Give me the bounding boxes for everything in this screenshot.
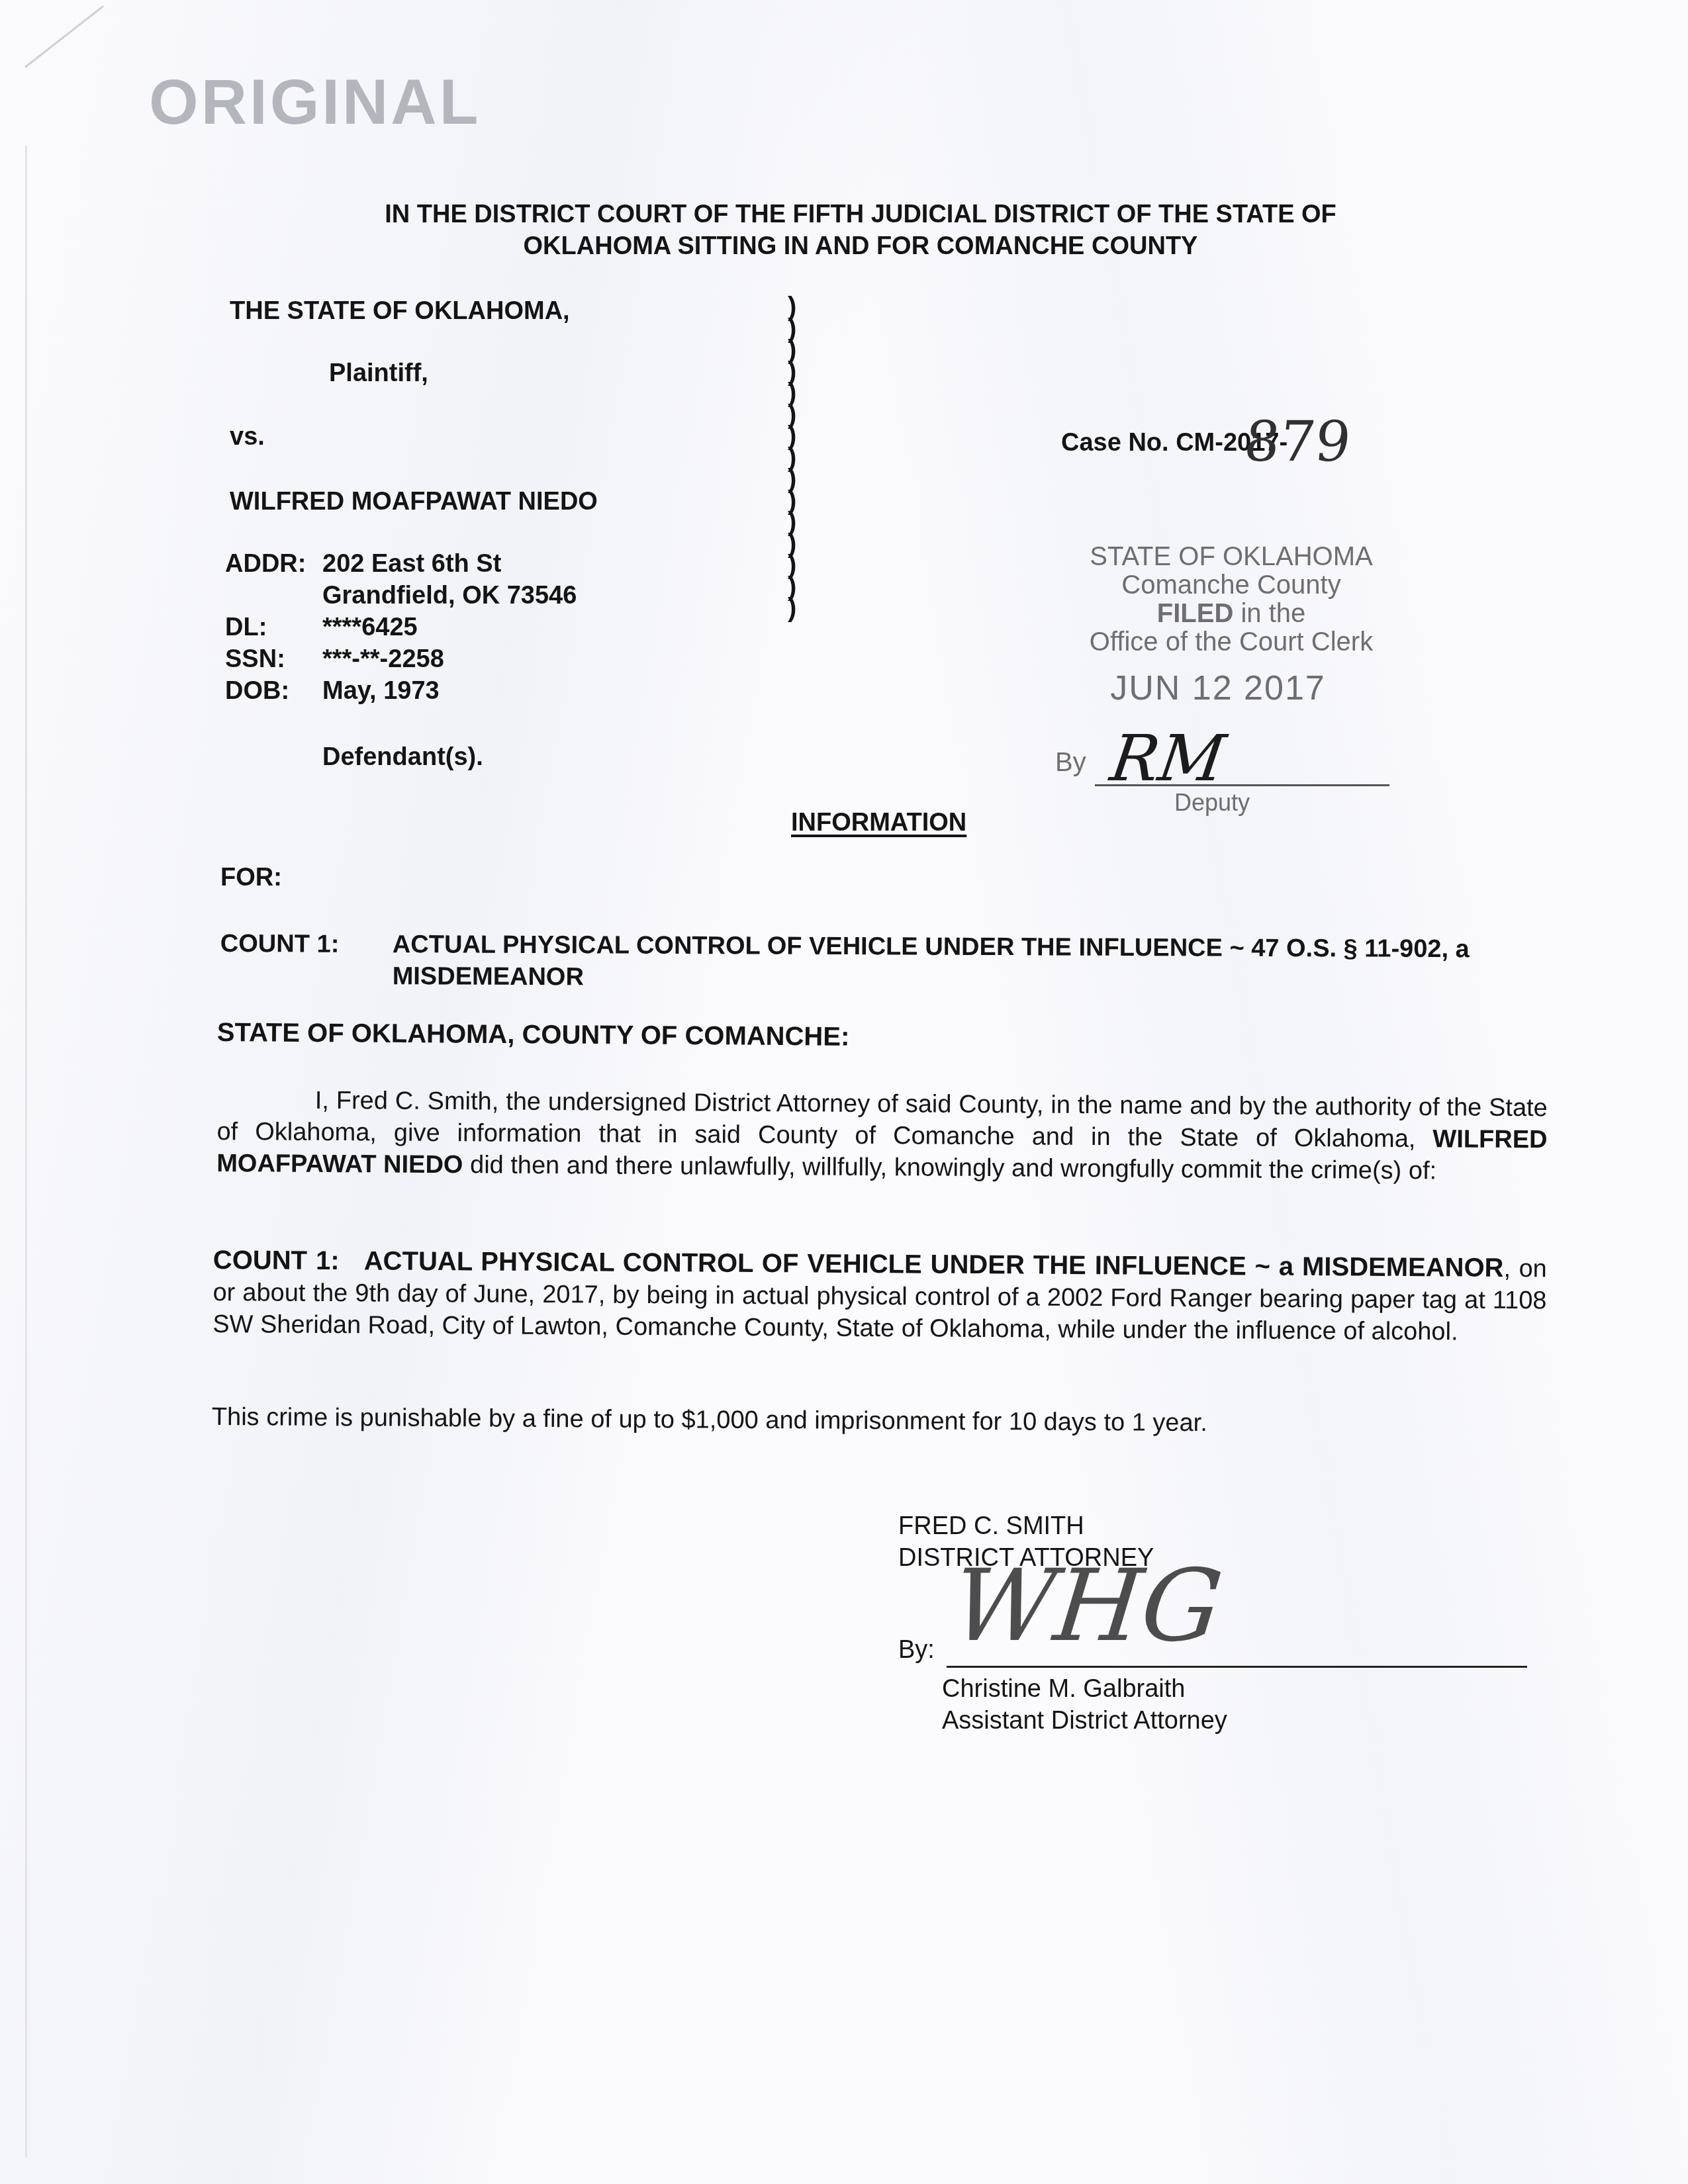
- signature-rule: [947, 1666, 1527, 1668]
- defendant-field-value: 202 East 6th St: [322, 548, 577, 580]
- defendant-field-label: DL:: [225, 612, 322, 643]
- information-paragraph: I, Fred C. Smith, the undersigned Distri…: [216, 1084, 1548, 1187]
- scanned-page: ORIGINAL IN THE DISTRICT COURT OF THE FI…: [0, 0, 1688, 2184]
- defendant-fields: ADDR:202 East 6th StGrandfield, OK 73546…: [225, 548, 577, 707]
- venue: STATE OF OKLAHOMA, COUNTY OF COMANCHE:: [217, 1018, 850, 1052]
- court-caption-line-2: OKLAHOMA SITTING IN AND FOR COMANCHE COU…: [285, 230, 1436, 262]
- filed-stamp-state: STATE OF OKLAHOMA: [1046, 543, 1417, 571]
- count-heading: COUNT 1: ACTUAL PHYSICAL CONTROL OF VEHI…: [220, 928, 1551, 997]
- defendant-field-row: DL:****6425: [225, 612, 577, 643]
- defendant-field-row: DOB:May, 1973: [225, 675, 577, 707]
- defendant-name: WILFRED MOAFPAWAT NIEDO: [230, 486, 598, 518]
- deputy-by-label: By: [1055, 748, 1086, 778]
- defendant-field-row: ADDR:202 East 6th St: [225, 548, 577, 580]
- document-heading: INFORMATION: [791, 809, 966, 837]
- plaintiff-name: THE STATE OF OKLAHOMA,: [230, 295, 570, 327]
- defendant-field-value: ****6425: [322, 612, 577, 643]
- deputy-label: Deputy: [1174, 789, 1250, 817]
- count-title: ACTUAL PHYSICAL CONTROL OF VEHICLE UNDER…: [393, 929, 1551, 997]
- court-caption-line-1: IN THE DISTRICT COURT OF THE FIFTH JUDIC…: [285, 199, 1436, 230]
- defendant-field-value: May, 1973: [322, 675, 577, 707]
- defendant-field-label: [225, 580, 322, 612]
- filed-stamp-office: Office of the Court Clerk: [1046, 628, 1417, 657]
- defendant-field-value: Grandfield, OK 73546: [322, 580, 577, 612]
- filed-stamp: STATE OF OKLAHOMA Comanche County FILED …: [1046, 543, 1417, 657]
- signer-name: Christine M. Galbraith: [942, 1673, 1227, 1705]
- filed-stamp-county: Comanche County: [1046, 571, 1417, 600]
- for-label: FOR:: [220, 864, 282, 892]
- signature-by-label: By:: [898, 1636, 935, 1664]
- deputy-signature-rule: [1095, 784, 1389, 786]
- original-stamp: ORIGINAL: [149, 66, 481, 139]
- penalty-statement: This crime is punishable by a fine of up…: [212, 1403, 1207, 1437]
- court-caption: IN THE DISTRICT COURT OF THE FIFTH JUDIC…: [285, 199, 1436, 262]
- versus-label: vs.: [230, 421, 265, 453]
- signature-line: By:: [898, 1636, 1527, 1676]
- defendant-field-label: ADDR:: [225, 548, 322, 580]
- plaintiff-role: Plaintiff,: [329, 357, 428, 389]
- page-edge: [25, 146, 27, 2158]
- defendant-field-row: Grandfield, OK 73546: [225, 580, 577, 612]
- defendant-field-label: SSN:: [225, 643, 322, 675]
- defendant-role: Defendant(s).: [322, 741, 483, 773]
- caption-parentheses: ) ) ) ) ) ) ) ) ) ) ) ) ) ) ): [788, 296, 796, 619]
- count-label: COUNT 1:: [220, 928, 393, 992]
- defendant-field-row: SSN:***-**-2258: [225, 643, 577, 675]
- filed-stamp-filed: FILED in the: [1046, 600, 1417, 628]
- count-description: COUNT 1: ACTUAL PHYSICAL CONTROL OF VEHI…: [212, 1244, 1547, 1348]
- deputy-signature-line: By RM Deputy: [1055, 735, 1389, 784]
- defendant-field-value: ***-**-2258: [322, 643, 577, 675]
- filed-date: JUN 12 2017: [1072, 668, 1364, 708]
- signer-block: Christine M. Galbraith Assistant Distric…: [942, 1673, 1227, 1737]
- defendant-details: ADDR:202 East 6th StGrandfield, OK 73546…: [225, 548, 577, 707]
- da-name: FRED C. SMITH: [898, 1510, 1154, 1542]
- signer-title: Assistant District Attorney: [942, 1705, 1227, 1737]
- case-number-handwritten: 879: [1241, 409, 1354, 474]
- folded-corner: [24, 5, 104, 68]
- defendant-field-label: DOB:: [225, 675, 322, 707]
